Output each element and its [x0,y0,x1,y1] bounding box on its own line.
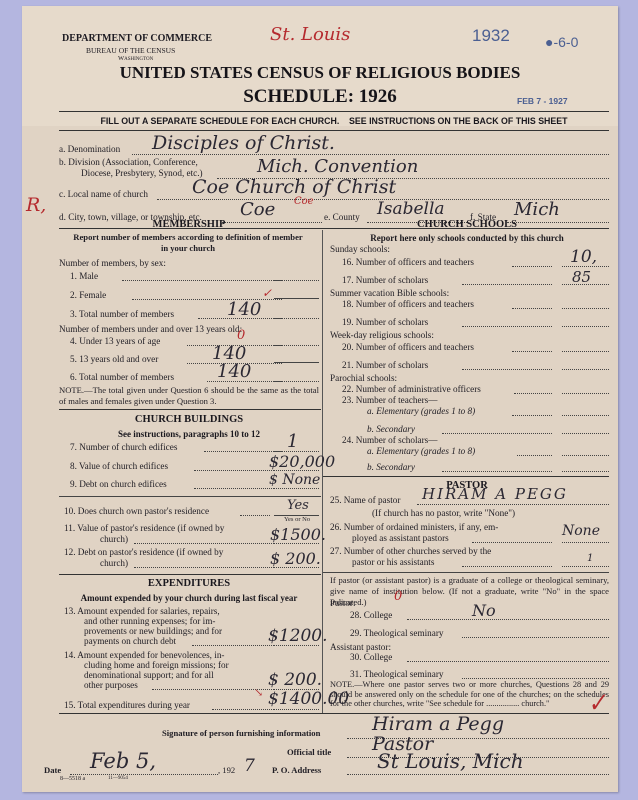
q2-label: 2. Female [70,290,106,300]
divider [59,409,321,410]
instruction-banner: FILL OUT A SEPARATE SCHEDULE FOR EACH CH… [59,116,609,126]
under-13-field[interactable]: 0 [237,328,245,343]
q9-label: 9. Debt on church edifices [70,479,167,489]
dotted-line [562,542,609,543]
q17-label: 17. Number of scholars [342,275,428,285]
q26-label: 26. Number of ordained ministers, if any… [330,522,498,532]
edifice-value-field[interactable]: $20,000 [269,452,335,471]
signature-field[interactable]: Hiram a Pegg [372,713,504,735]
dotted-line [240,515,270,516]
residence-debt-field[interactable]: $ 200. [270,549,321,568]
q28-label: 28. College [350,610,392,620]
dotted-line [274,709,319,710]
sunday-label: Sunday schools: [330,244,390,254]
divider [59,130,609,131]
female-field[interactable] [274,298,319,299]
date-label: Date [44,765,61,775]
q30-label: 30. College [350,652,392,662]
age-label: Number of members under and over 13 year… [59,324,242,334]
sunday-teachers-field[interactable]: 10, [570,247,597,267]
church-schools-subtitle: Report here only schools conducted by th… [325,233,609,243]
total-members-age-field[interactable]: 140 [217,361,251,382]
q18-label: 18. Number of officers and teachers [342,299,474,309]
assistant-seminary-field[interactable] [462,678,609,679]
q14-label-2: cluding home and foreign missions; for [84,660,229,670]
dotted-line [194,470,274,471]
divider [59,496,321,497]
dotted-line [134,567,274,568]
q16-label: 16. Number of officers and teachers [342,257,474,267]
q12-label: 12. Debt on pastor's residence (if owned… [64,547,223,557]
print-number: 11—9054 [108,776,128,781]
q5-label: 5. 13 years old and over [70,354,158,364]
assistant-college-field[interactable] [407,661,609,662]
dotted-line [442,433,552,434]
q23a-label: a. Elementary (grades 1 to 8) [367,406,475,416]
q15-label: 15. Total expenditures during year [64,700,190,710]
q24b-label: b. Secondary [367,462,415,472]
dotted-line [462,284,552,285]
bureau-heading: BUREAU OF THE CENSUS [86,46,175,55]
city-correction: Coe [294,196,314,207]
dotted-line [212,709,274,710]
q31-label: 31. Theological seminary [350,669,443,679]
q13-label: 13. Amount expended for salaries, repair… [64,606,220,616]
membership-note: NOTE.—The total given under Question 6 s… [59,385,319,407]
divider [59,574,321,575]
divider [323,572,609,573]
city-heading: Washington [118,55,153,62]
local-name-field[interactable]: Coe Church of Christ [192,176,396,198]
date-field[interactable]: Feb 5, [90,749,156,773]
margin-mark: R, [26,194,46,216]
sec-teachers-field[interactable] [562,433,609,434]
q20-label: 20. Number of officers and teachers [342,342,474,352]
dotted-line [274,318,319,319]
date-year-field[interactable]: 7 [244,756,255,776]
dotted-line [512,351,552,352]
department-heading: DEPARTMENT OF COMMERCE [62,33,212,44]
divider [59,713,609,714]
dotted-line [417,504,609,505]
dotted-line [562,566,609,567]
dotted-line [70,774,218,775]
q25-label: 25. Name of pastor [330,495,400,505]
expenditures-subtitle: Amount expended by your church during la… [59,593,319,603]
church-buildings-title: CHURCH BUILDINGS [59,414,319,425]
church-buildings-subtitle: See instructions, paragraphs 10 to 12 [59,429,319,439]
dotted-line [274,381,319,382]
q10-label: 10. Does church own pastor's residence [64,506,209,516]
q13-label-3: provements or new buildings; and for [84,626,222,636]
q4-label: 4. Under 13 years of age [70,336,160,346]
dotted-line [512,266,552,267]
pastor-note: NOTE.—Where one pastor serves two or mor… [330,680,609,709]
weekday-scholars-field[interactable] [562,369,609,370]
dotted-line [517,455,552,456]
dotted-line [407,619,609,620]
form-title: UNITED STATES CENSUS OF RELIGIOUS BODIES [22,63,618,83]
assistant-label: Assistant pastor: [330,642,391,652]
stamp-number: 1932 [472,26,510,46]
q1-label: 1. Male [70,271,98,281]
dotted-line [122,280,282,281]
summer-teachers-field[interactable] [562,308,609,309]
q11-label-2: church) [100,534,128,544]
q13-label-4: payments on church debt [84,636,176,646]
dotted-line [472,542,552,543]
residence-value-field[interactable]: $1500. [270,525,326,544]
other-churches-field[interactable]: 1 [587,553,593,564]
q7-label: 7. Number of church edifices [70,442,177,452]
division-field[interactable]: Mich. Convention [257,156,418,177]
dotted-line [134,543,274,544]
q8-label: 8. Value of church edifices [70,461,168,471]
divider [59,111,609,112]
received-stamp: FEB 7 - 1927 [517,96,568,106]
check-mark: ✓ [262,286,272,300]
parochial-label: Parochial schools: [330,373,397,383]
divider [323,476,609,477]
division-label-2: Diocese, Presbytery, Synod, etc.) [81,168,203,178]
date-year-prefix: , 192 [218,765,235,775]
q14-label-3: denominational support; and for all [84,670,214,680]
running-expenses-field[interactable]: $1200. [268,626,327,646]
q12-label-2: church) [100,558,128,568]
weekday-teachers-field[interactable] [562,351,609,352]
membership-subtitle: Report number of members according to de… [72,232,304,254]
edifice-debt-field[interactable]: $ None [269,472,320,488]
dotted-line [462,369,552,370]
dotted-line [274,488,319,489]
by-sex-label: Number of members, by sex: [59,258,166,268]
denomination-field[interactable]: Disciples of Christ. [152,132,335,154]
state-field[interactable]: Mich [514,199,560,220]
q29-label: 29. Theological seminary [350,628,443,638]
dotted-line [194,488,274,489]
local-name-label: c. Local name of church [59,189,148,199]
sunday-scholars-field[interactable]: 85 [572,268,591,286]
dotted-line [512,415,552,416]
church-schools-title: CHURCH SCHOOLS [325,219,609,230]
dotted-line [462,566,552,567]
po-address-field[interactable]: St Louis, Mich [377,749,524,773]
q23-label: 23. Number of teachers— [342,395,437,405]
q26-label-2: ployed as assistant pastors [352,533,449,543]
q19-label: 19. Number of scholars [342,317,428,327]
form-number: 8—5518 a [60,776,85,782]
graduate-note: If pastor (or assistant pastor) is a gra… [330,575,609,608]
dotted-line [442,471,552,472]
q6-label: 6. Total number of members [70,372,174,382]
q24-label: 24. Number of scholars— [342,435,437,445]
census-form-sheet: DEPARTMENT OF COMMERCE BUREAU OF THE CEN… [22,6,618,792]
edifices-field[interactable]: 1 [287,431,298,452]
q3-label: 3. Total number of members [70,309,174,319]
benevolences-field[interactable]: $ 200. [268,670,322,690]
membership-title: MEMBERSHIP [59,219,319,230]
owns-residence-field[interactable]: Yes [287,498,309,513]
assistant-pastors-field[interactable]: None [562,523,600,539]
q11-label: 11. Value of pastor's residence (if owne… [64,523,224,533]
division-label: b. Division (Association, Conference, [59,157,198,167]
stamp-code: ●-6-0 [545,34,578,50]
q22-label: 22. Number of administrative officers [342,384,481,394]
summer-scholars-field[interactable] [562,326,609,327]
admin-officers-field[interactable] [562,393,609,394]
q23b-label: b. Secondary [367,424,415,434]
q27-label-2: pastor or his assistants [352,557,434,567]
male-field[interactable] [274,280,319,281]
pastor-sub-label: Pastor: [330,598,356,608]
yes-no-hint: Yes or No [284,516,310,523]
annotation-city: St. Louis [270,24,350,45]
summer-label: Summer vacation Bible schools: [330,288,449,298]
dotted-line [347,774,609,775]
po-address-label: P. O. Address [272,765,321,775]
dotted-line [514,393,552,394]
dotted-line [192,645,274,646]
elem-scholars-field[interactable] [562,455,609,456]
official-title-label: Official title [287,747,331,757]
q24a-label: a. Elementary (grades 1 to 8) [367,446,475,456]
pastor-name-field[interactable]: HIRAM A PEGG [422,485,568,503]
signature-label: Signature of person furnishing informati… [162,728,320,738]
total-members-field[interactable]: 140 [227,299,261,320]
pastor-college-field[interactable]: No [472,601,496,620]
q27-label: 27. Number of other churches served by t… [330,546,491,556]
q25-hint: (If church has no pastor, write "None") [372,508,515,518]
q14-label: 14. Amount expended for benevolences, in… [64,650,224,660]
pastor-mark: 0 [394,589,402,604]
arrow-mark: ↘ [254,686,263,699]
city-field[interactable]: Coe [240,199,275,220]
dotted-line [132,154,609,155]
q14-label-4: other purposes [84,680,138,690]
expenditures-title: EXPENDITURES [59,578,319,589]
denomination-label: a. Denomination [59,144,120,154]
dotted-line [462,326,552,327]
dotted-line [274,345,319,346]
sec-scholars-field[interactable] [562,471,609,472]
pastor-seminary-field[interactable] [462,637,609,638]
elem-teachers-field[interactable] [562,415,609,416]
q21-label: 21. Number of scholars [342,360,428,370]
q13-label-2: and other running expenses; for im- [84,616,215,626]
dotted-line [512,308,552,309]
dotted-line [274,362,319,363]
county-field[interactable]: Isabella [377,199,445,219]
weekday-label: Week-day religious schools: [330,330,434,340]
